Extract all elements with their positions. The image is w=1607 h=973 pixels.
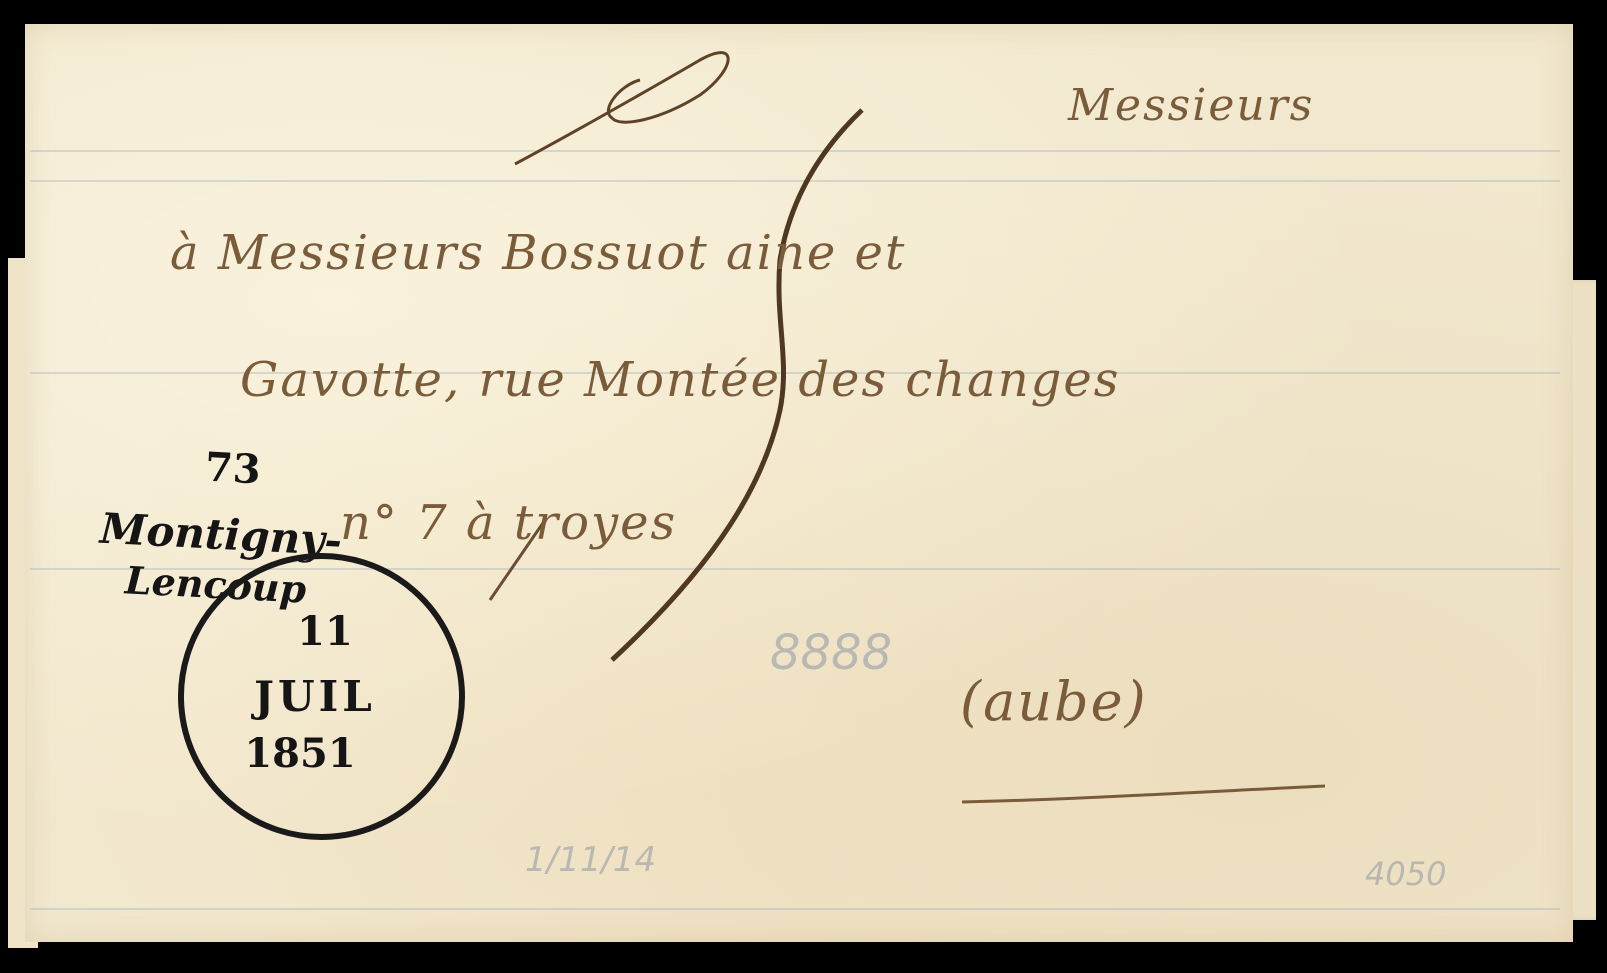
address-line-1: à Messieurs Bossuot aine et — [170, 225, 906, 281]
pencil-note-bottom-left: 1/11/14 — [525, 840, 656, 880]
date-stamp-day: 11 — [225, 608, 425, 655]
pencil-note-bottom-right: 4050 — [1365, 855, 1446, 893]
address-line-3: n° 7 à troyes — [340, 495, 677, 551]
heading-messieurs: Messieurs — [1068, 80, 1314, 131]
paraph-stroke — [515, 53, 728, 164]
address-line-2: Gavotte, rue Montée des changes — [240, 352, 1120, 408]
date-stamp-month: JUIL — [215, 672, 415, 721]
postmark-number: 73 — [204, 444, 262, 494]
date-stamp-year: 1851 — [200, 730, 400, 777]
pencil-note-center: 8888 — [770, 625, 892, 681]
address-line-4-department: (aube) — [960, 670, 1148, 733]
address-underline — [962, 786, 1325, 802]
